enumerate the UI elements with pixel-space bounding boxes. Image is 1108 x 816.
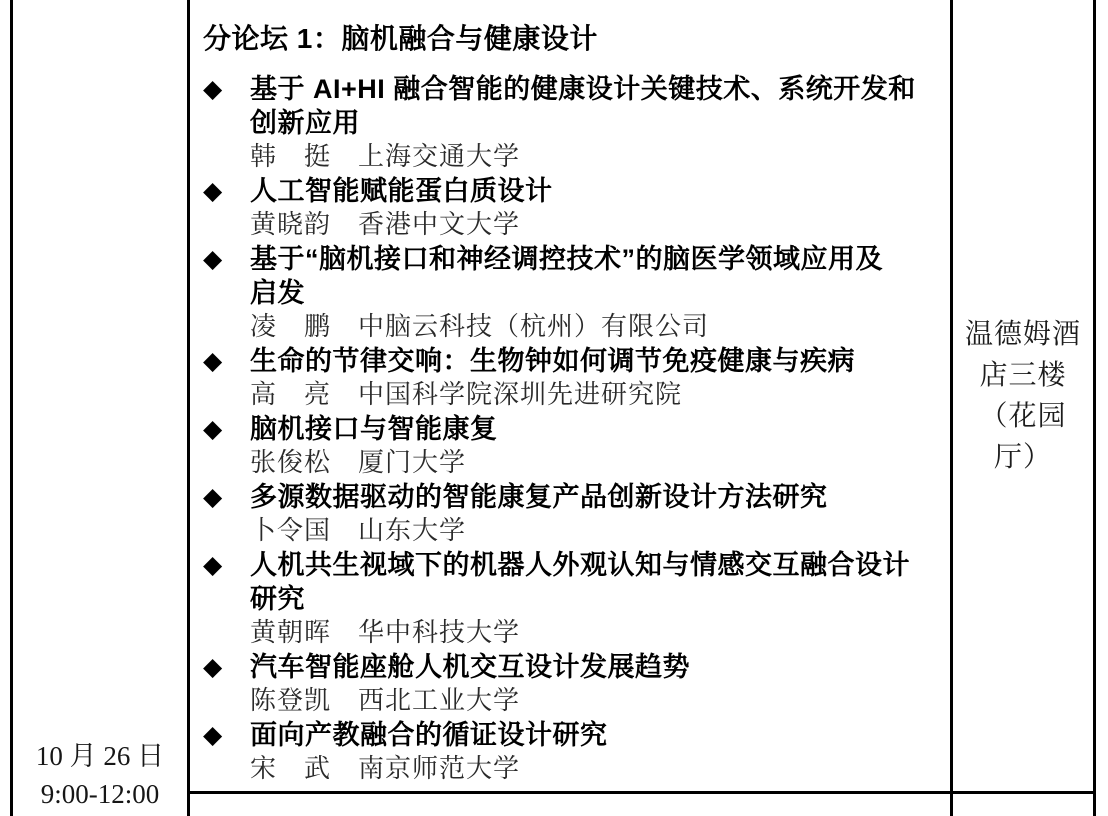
date-cell: 10 月 26 日 9:00-12:00	[13, 0, 187, 814]
talk-speaker-name: 黄晓韵	[250, 210, 331, 239]
talk-speaker: 黄朝晖华中科技大学	[250, 616, 947, 650]
talk-item: ◆ 人机共生视域下的机器人外观认知与情感交互融合设计 研究 黄朝晖华中科技大学	[203, 548, 947, 650]
talk-speaker-name: 陈登凯	[250, 686, 331, 715]
talk-speaker: 黄晓韵香港中文大学	[250, 208, 947, 242]
talk-speaker: 张俊松厦门大学	[250, 446, 947, 480]
diamond-bullet-icon: ◆	[203, 650, 222, 684]
program-cell: 分论坛 1：脑机融合与健康设计 ◆ 基于 AI+HI 融合智能的健康设计关键技术…	[190, 0, 947, 791]
talk-speaker-name: 宋 武	[250, 754, 331, 783]
talk-title: 人机共生视域下的机器人外观认知与情感交互融合设计 研究	[250, 548, 947, 616]
talk-title: 生命的节律交响：生物钟如何调节免疫健康与疾病	[250, 344, 947, 378]
forum-title: 分论坛 1：脑机融合与健康设计	[203, 22, 947, 56]
talk-title: 多源数据驱动的智能康复产品创新设计方法研究	[250, 480, 947, 514]
talk-item: ◆ 人工智能赋能蛋白质设计 黄晓韵香港中文大学	[203, 174, 947, 242]
talk-speaker-org: 厦门大学	[358, 448, 466, 477]
talk-speaker: 卜令国山东大学	[250, 514, 947, 548]
venue-label: 温德姆酒 店三楼 （花园 厅）	[965, 314, 1081, 478]
talk-speaker-name: 黄朝晖	[250, 618, 331, 647]
session-time: 9:00-12:00	[13, 775, 187, 813]
talk-speaker: 凌 鹏中脑云科技（杭州）有限公司	[250, 310, 947, 344]
diamond-bullet-icon: ◆	[203, 344, 222, 378]
diamond-bullet-icon: ◆	[203, 242, 222, 276]
diamond-bullet-icon: ◆	[203, 480, 222, 514]
talk-speaker-name: 高 亮	[250, 380, 331, 409]
talk-item: ◆ 汽车智能座舱人机交互设计发展趋势 陈登凯西北工业大学	[203, 650, 947, 718]
talks-list: ◆ 基于 AI+HI 融合智能的健康设计关键技术、系统开发和 创新应用 韩 挺上…	[203, 72, 947, 786]
table-border-right	[1093, 0, 1096, 816]
talk-item: ◆ 多源数据驱动的智能康复产品创新设计方法研究 卜令国山东大学	[203, 480, 947, 548]
talk-title: 基于 AI+HI 融合智能的健康设计关键技术、系统开发和 创新应用	[250, 72, 947, 140]
talk-speaker-org: 西北工业大学	[358, 686, 520, 715]
session-datetime: 10 月 26 日 9:00-12:00	[13, 737, 187, 813]
talk-title: 人工智能赋能蛋白质设计	[250, 174, 947, 208]
talk-title: 汽车智能座舱人机交互设计发展趋势	[250, 650, 947, 684]
talk-item: ◆ 面向产教融合的循证设计研究 宋 武南京师范大学	[203, 718, 947, 786]
diamond-bullet-icon: ◆	[203, 718, 222, 752]
diamond-bullet-icon: ◆	[203, 548, 222, 582]
talk-speaker: 宋 武南京师范大学	[250, 752, 947, 786]
talk-speaker: 陈登凯西北工业大学	[250, 684, 947, 718]
talk-speaker-org: 中脑云科技（杭州）有限公司	[358, 312, 709, 341]
talk-speaker-org: 上海交通大学	[358, 142, 520, 171]
talk-speaker-org: 华中科技大学	[358, 618, 520, 647]
talk-speaker-org: 南京师范大学	[358, 754, 520, 783]
talk-speaker-name: 凌 鹏	[250, 312, 331, 341]
talk-item: ◆ 生命的节律交响：生物钟如何调节免疫健康与疾病 高 亮中国科学院深圳先进研究院	[203, 344, 947, 412]
venue-cell: 温德姆酒 店三楼 （花园 厅）	[953, 0, 1093, 791]
talk-title: 脑机接口与智能康复	[250, 412, 947, 446]
talk-title: 面向产教融合的循证设计研究	[250, 718, 947, 752]
talk-item: ◆ 基于 AI+HI 融合智能的健康设计关键技术、系统开发和 创新应用 韩 挺上…	[203, 72, 947, 174]
diamond-bullet-icon: ◆	[203, 412, 222, 446]
talk-speaker-name: 张俊松	[250, 448, 331, 477]
talk-item: ◆ 脑机接口与智能康复 张俊松厦门大学	[203, 412, 947, 480]
talk-title: 基于“脑机接口和神经调控技术”的脑医学领域应用及 启发	[250, 242, 947, 310]
talk-speaker-name: 韩 挺	[250, 142, 331, 171]
talk-speaker-org: 香港中文大学	[358, 210, 520, 239]
diamond-bullet-icon: ◆	[203, 174, 222, 208]
table-row-divider	[187, 791, 1096, 794]
talk-speaker: 韩 挺上海交通大学	[250, 140, 947, 174]
talk-speaker-org: 中国科学院深圳先进研究院	[358, 380, 682, 409]
talk-speaker-name: 卜令国	[250, 516, 331, 545]
talk-speaker: 高 亮中国科学院深圳先进研究院	[250, 378, 947, 412]
diamond-bullet-icon: ◆	[203, 72, 222, 106]
program-table: 10 月 26 日 9:00-12:00 分论坛 1：脑机融合与健康设计 ◆ 基…	[0, 0, 1108, 816]
talk-item: ◆ 基于“脑机接口和神经调控技术”的脑医学领域应用及 启发 凌 鹏中脑云科技（杭…	[203, 242, 947, 344]
session-date: 10 月 26 日	[13, 737, 187, 775]
talk-speaker-org: 山东大学	[358, 516, 466, 545]
